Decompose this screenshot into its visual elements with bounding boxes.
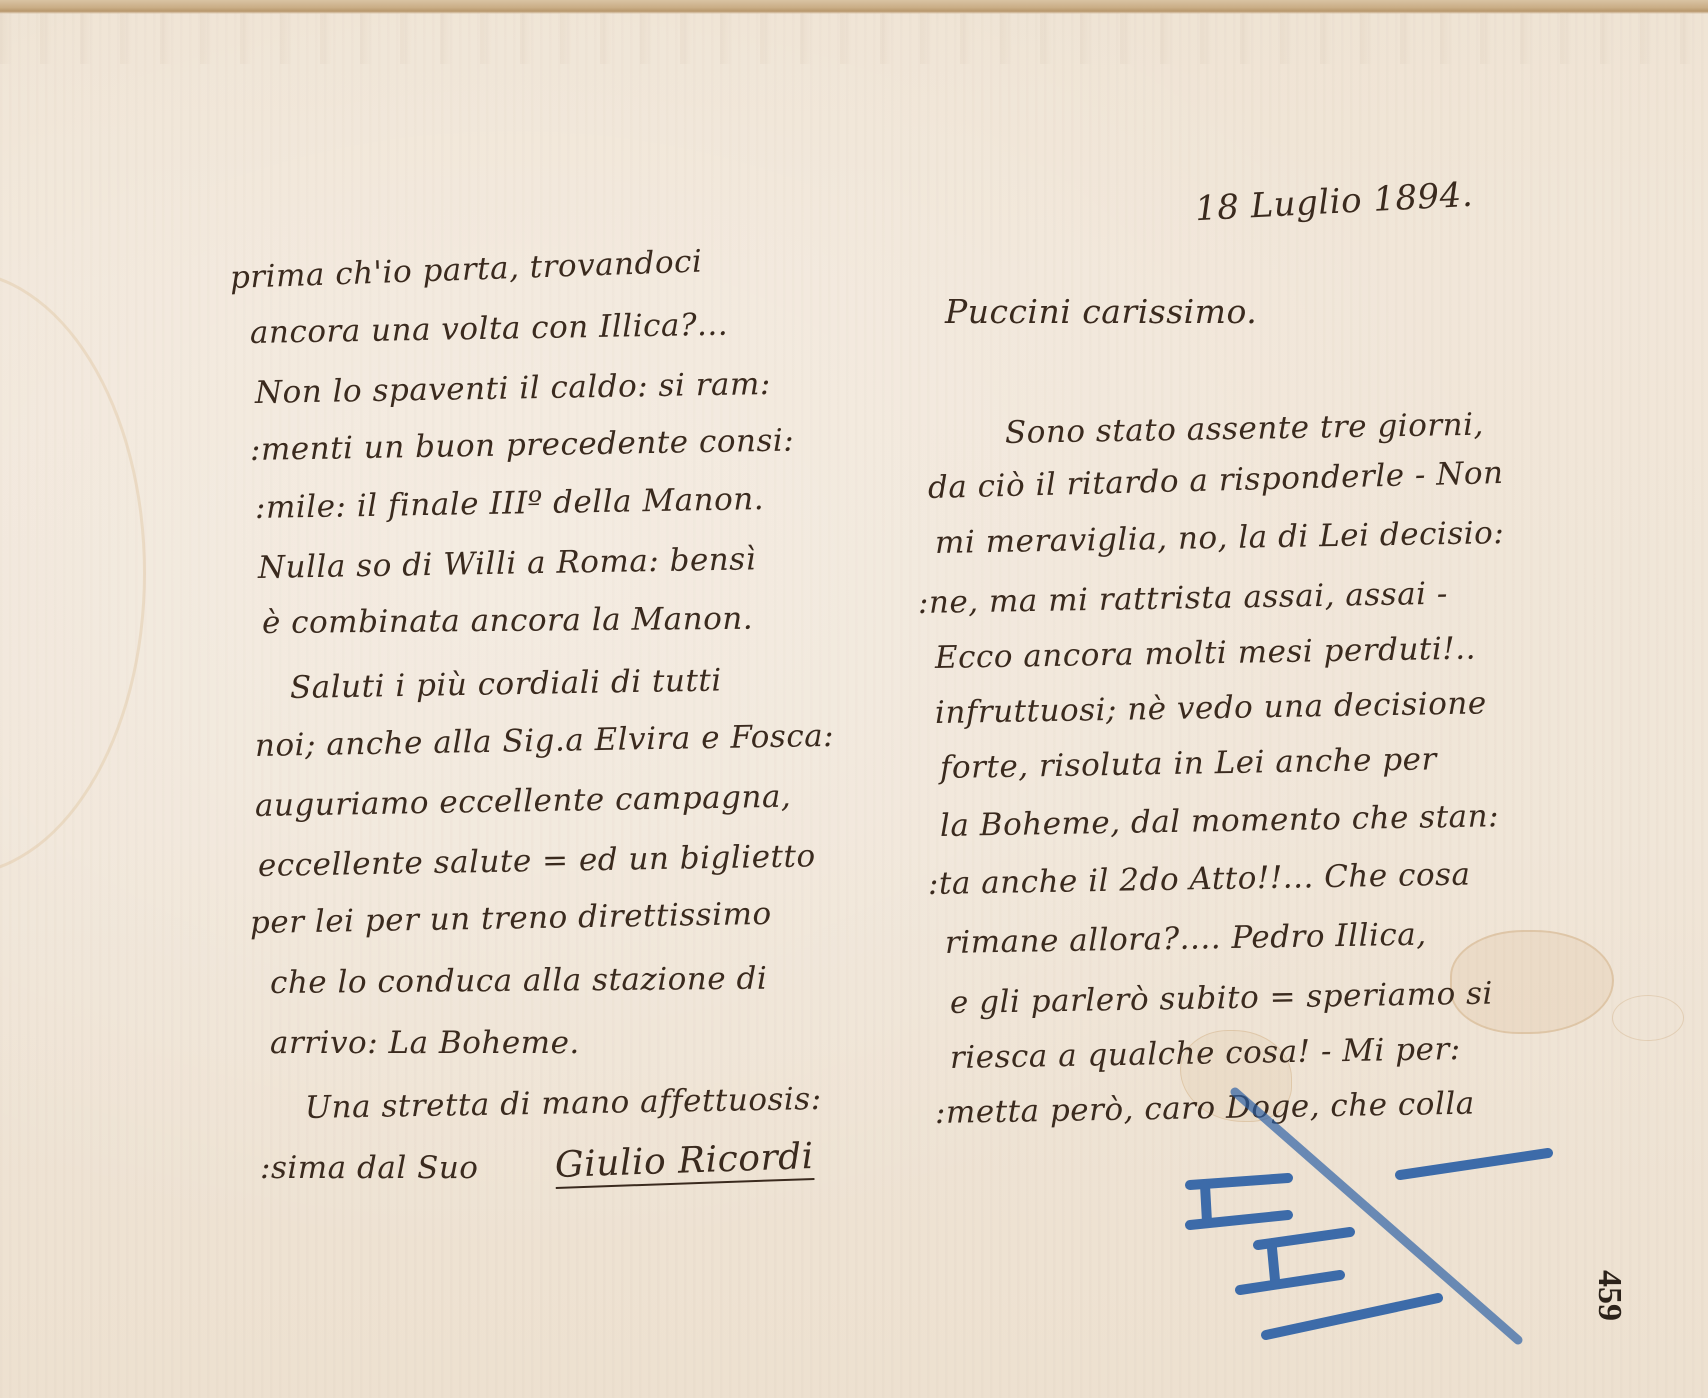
right-line: Sono stato assente tre giorni, [1005,407,1484,451]
paper-top-edge [0,0,1708,14]
water-stain-left [0,270,146,876]
left-line: Nulla so di Willi a Roma: bensì [258,541,757,586]
left-line: auguriamo eccellente campagna, [255,779,792,824]
left-line: :sima dal Suo [260,1150,478,1186]
right-line: e gli parlerò subito = speriamo si [950,976,1494,1021]
water-stain-right-small [1612,995,1684,1041]
right-line: :metta però, caro Doge, che colla [935,1086,1475,1131]
left-line: che lo conduca alla stazione di [270,961,768,1001]
archive-number: 459 [1590,1270,1628,1321]
left-line: arrivo: La Boheme. [270,1025,580,1061]
left-line: Una stretta di mano affettuosis: [305,1081,822,1126]
right-line: riesca a qualche cosa! - Mi per: [950,1031,1461,1076]
right-line: mi meraviglia, no, la di Lei decisio: [935,515,1505,561]
letter-sheet: 18 Luglio 1894. Puccini carissimo. Sono … [0,0,1708,1398]
left-line: ancora una volta con Illica?... [250,307,729,351]
right-line: la Boheme, dal momento che stan: [940,798,1500,844]
left-line: prima ch'io parta, trovandoci [229,244,703,296]
left-line: :mile: il finale IIIº della Manon. [255,481,765,526]
right-line: forte, risoluta in Lei anche per [940,741,1437,786]
left-line: eccellente salute = ed un biglietto [258,838,816,884]
left-line: Saluti i più cordiali di tutti [290,662,722,706]
left-line: per lei per un treno direttissimo [250,896,772,941]
signature: Giulio Ricordi [554,1136,814,1186]
right-line: infruttuosi; nè vedo una decisione [935,685,1487,731]
left-line: noi; anche alla Sig.a Elvira e Fosca: [255,718,835,764]
right-line: rimane allora?.... Pedro Illica, [945,917,1427,961]
letter-date: 18 Luglio 1894. [1194,175,1474,230]
right-line: da ciò il ritardo a risponderle - Non [928,455,1504,506]
right-line: :ta anche il 2do Atto!!... Che cosa [928,857,1471,902]
right-line: :ne, ma mi rattrista assai, assai - [918,576,1449,621]
left-line: Non lo spaventi il caldo: si ram: [255,366,771,411]
left-line: è combinata ancora la Manon. [262,601,753,641]
left-line: :menti un buon precedente consi: [250,423,795,468]
salutation: Puccini carissimo. [945,292,1257,331]
right-line: Ecco ancora molti mesi perduti!.. [935,631,1477,676]
paper-wrinkles [0,14,1708,64]
